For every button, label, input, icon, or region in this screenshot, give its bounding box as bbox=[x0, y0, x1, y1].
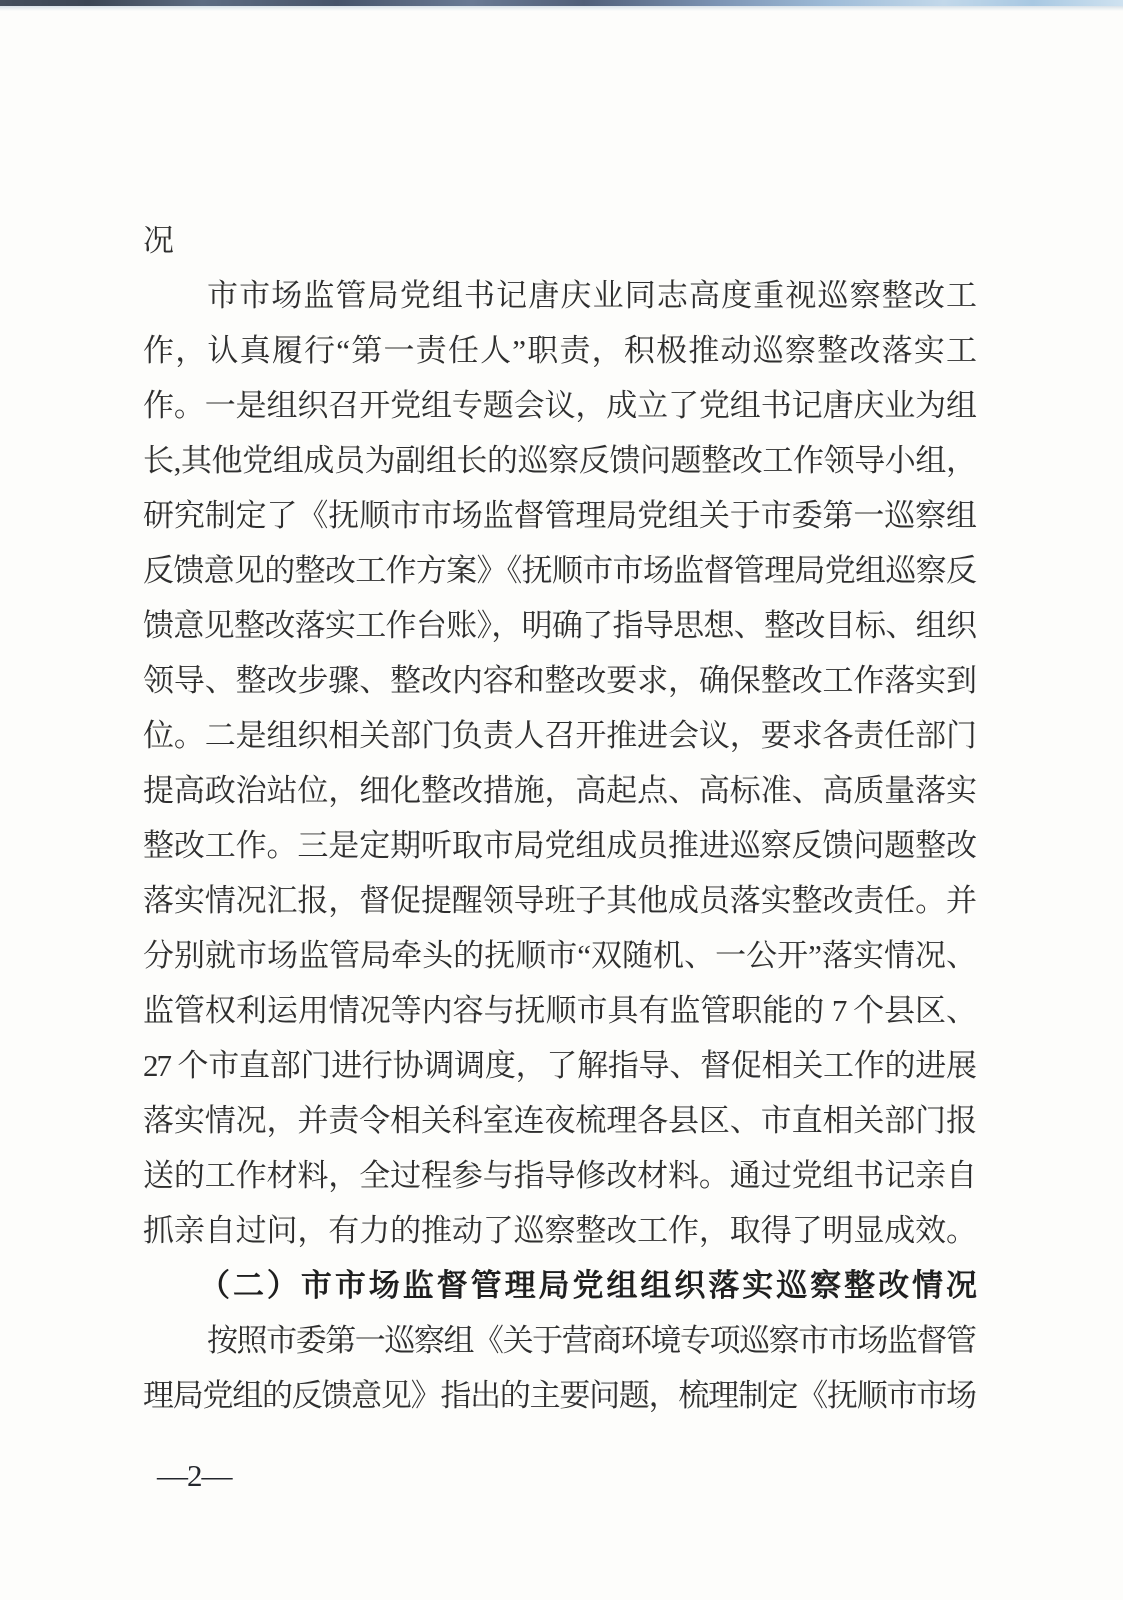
scan-edge-artifact bbox=[0, 0, 1123, 6]
document-page: 况 市市场监管局党组书记唐庆业同志高度重视巡察整改工 作，认真履行“第一责任人”… bbox=[0, 0, 1123, 1600]
text-line: 领导、整改步骤、整改内容和整改要求，确保整改工作落实到 bbox=[143, 653, 975, 708]
text-line: 按照市委第一巡察组《关于营商环境专项巡察市市场监督管 bbox=[143, 1313, 975, 1368]
text-line: 落实情况，并责令相关科室连夜梳理各县区、市直相关部门报 bbox=[143, 1093, 975, 1148]
text-line: 市市场监管局党组书记唐庆业同志高度重视巡察整改工 bbox=[143, 268, 975, 323]
text-line: 作，认真履行“第一责任人”职责，积极推动巡察整改落实工 bbox=[143, 323, 975, 378]
body-text: 况 市市场监管局党组书记唐庆业同志高度重视巡察整改工 作，认真履行“第一责任人”… bbox=[143, 213, 975, 1423]
text-line: 送的工作材料，全过程参与指导修改材料。通过党组书记亲自 bbox=[143, 1148, 975, 1203]
text-line: 反馈意见的整改工作方案》《抚顺市市场监督管理局党组巡察反 bbox=[143, 543, 975, 598]
text-line: 落实情况汇报，督促提醒领导班子其他成员落实整改责任。并 bbox=[143, 873, 975, 928]
text-line: 提高政治站位，细化整改措施，高起点、高标准、高质量落实 bbox=[143, 763, 975, 818]
text-line: 理局党组的反馈意见》指出的主要问题，梳理制定《抚顺市市场 bbox=[143, 1368, 975, 1423]
text-line: 27 个市直部门进行协调调度，了解指导、督促相关工作的进展 bbox=[143, 1038, 975, 1093]
text-line: 抓亲自过问，有力的推动了巡察整改工作，取得了明显成效。 bbox=[143, 1203, 975, 1258]
section-heading: （二）市市场监督管理局党组组织落实巡察整改情况 bbox=[143, 1258, 975, 1313]
text-line: 监管权利运用情况等内容与抚顺市具有监管职能的 7 个县区、 bbox=[143, 983, 975, 1038]
text-line: 况 bbox=[143, 213, 975, 268]
text-line: 馈意见整改落实工作台账》，明确了指导思想、整改目标、组织 bbox=[143, 598, 975, 653]
page-number: —2— bbox=[157, 1452, 232, 1500]
text-line: 整改工作。三是定期听取市局党组成员推进巡察反馈问题整改 bbox=[143, 818, 975, 873]
text-line: 作。一是组织召开党组专题会议，成立了党组书记唐庆业为组 bbox=[143, 378, 975, 433]
text-line: 研究制定了《抚顺市市场监督管理局党组关于市委第一巡察组 bbox=[143, 488, 975, 543]
text-line: 长,其他党组成员为副组长的巡察反馈问题整改工作领导小组， bbox=[143, 433, 975, 488]
text-line: 位。二是组织相关部门负责人召开推进会议，要求各责任部门 bbox=[143, 708, 975, 763]
text-line: 分别就市场监管局牵头的抚顺市“双随机、一公开”落实情况、 bbox=[143, 928, 975, 983]
